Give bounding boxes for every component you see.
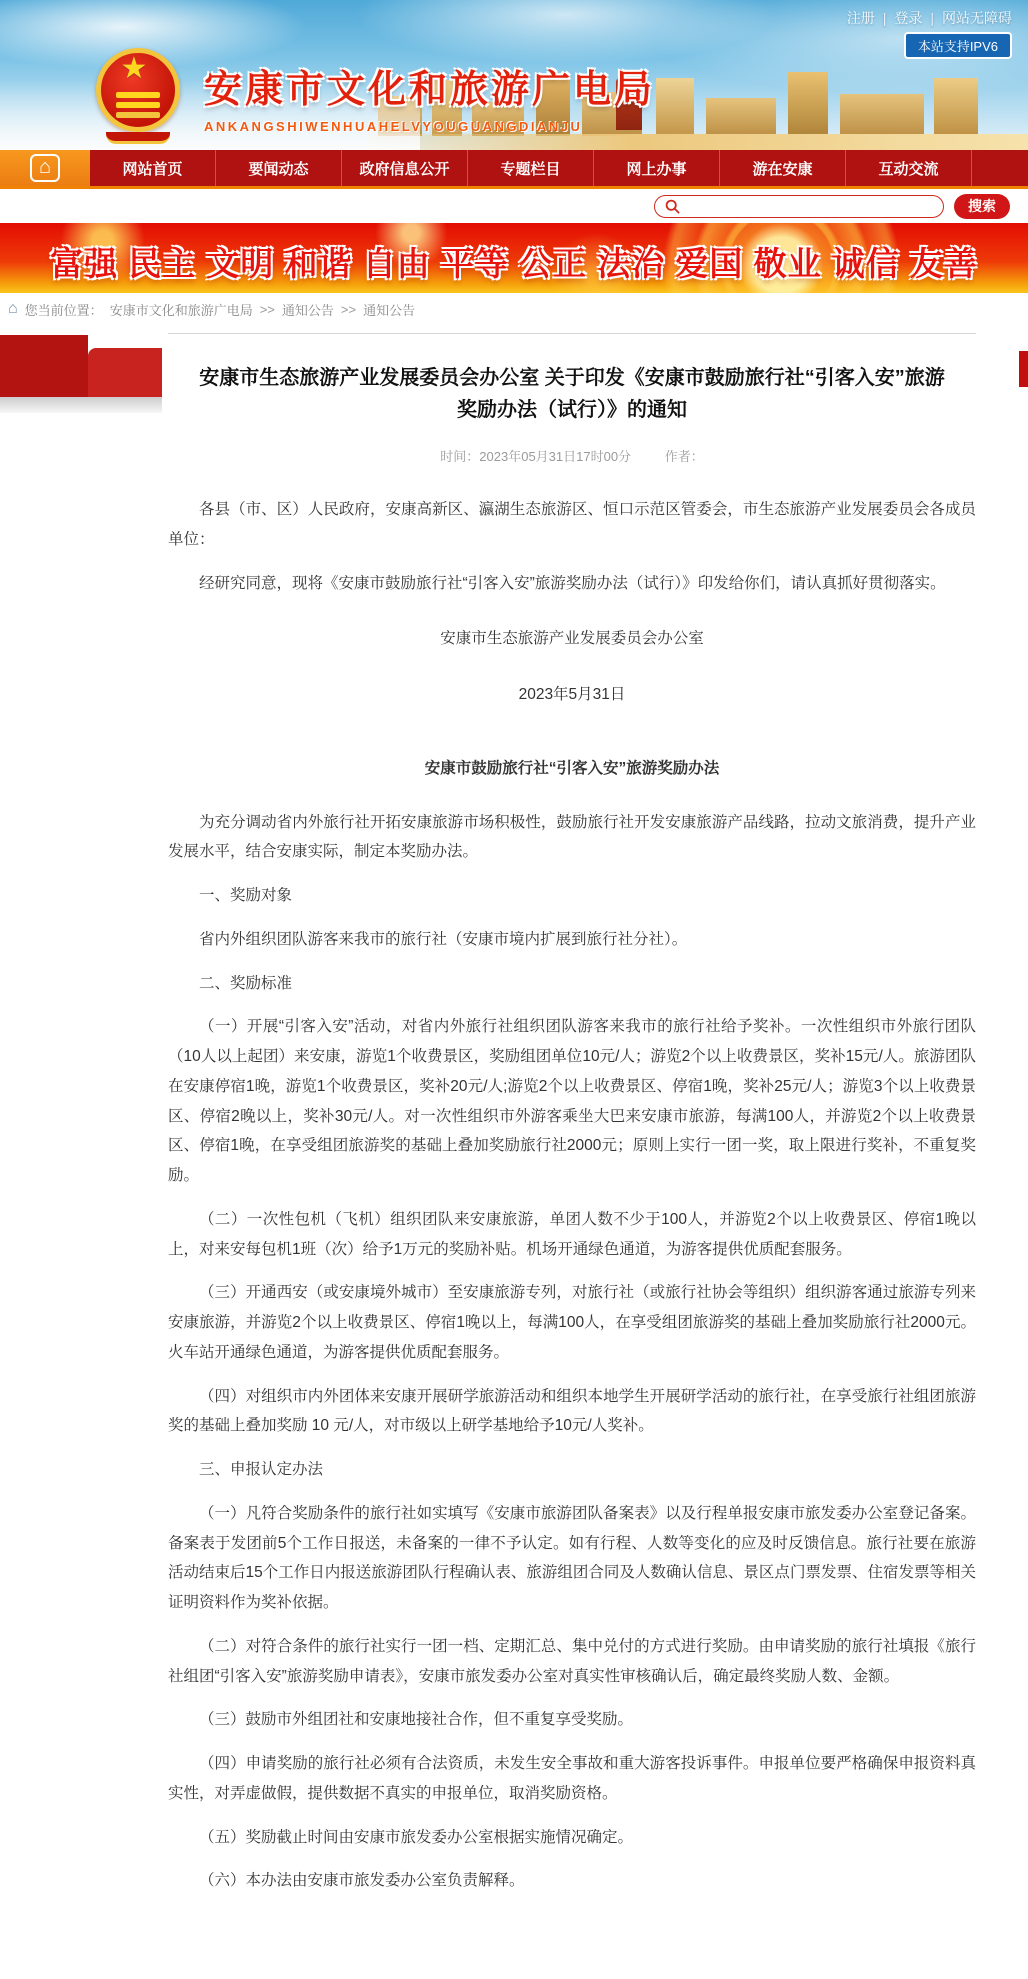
register-link[interactable]: 注册 — [847, 8, 875, 28]
site-brand: ★ 安康市文化和旅游广电局 ANKANGSHIWENHUAHELVYOUGUAN… — [92, 48, 655, 144]
topbar: 注册 | 登录 | 网站无障碍 — [847, 8, 1012, 28]
author-label: 作者： — [665, 449, 704, 464]
nav-item-online-services[interactable]: 网上办事 — [594, 150, 720, 186]
page: 注册 | 登录 | 网站无障碍 本站支持IPV6 ★ 安康市文化和旅游广电局 A… — [0, 0, 1028, 1958]
topbar-separator: | — [930, 10, 934, 26]
breadcrumb-item-bureau[interactable]: 安康市文化和旅游广电局 — [110, 300, 253, 319]
search-button[interactable]: 搜索 — [954, 194, 1010, 219]
nav-item-special-topics[interactable]: 专题栏目 — [468, 150, 594, 186]
paragraph: （四）申请奖励的旅行社必须有合法资质，未发生安全事故和重大游客投诉事件。申报单位… — [168, 1749, 976, 1809]
main-navigation: ⌂ 网站首页 要闻动态 政府信息公开 专题栏目 网上办事 游在安康 互动交流 — [0, 150, 1028, 189]
breadcrumb-home-icon: ⌂ — [8, 301, 18, 317]
emblem-star-icon: ★ — [92, 54, 176, 84]
paragraph: （六）本办法由安康市旅发委办公室负责解释。 — [168, 1866, 976, 1896]
measures-title: 安康市鼓励旅行社“引客入安”旅游奖励办法 — [168, 754, 976, 784]
article-meta: 时间：2023年05月31日17时00分 作者： — [168, 446, 976, 465]
search-box — [654, 195, 944, 218]
nav-item-news[interactable]: 要闻动态 — [216, 150, 342, 186]
core-values-banner-image: 富强 民主 文明 和谐 自由 平等 公正 法治 爱国 敬业 诚信 友善 — [0, 223, 1028, 293]
emblem-gate-icon — [116, 92, 160, 98]
paragraph: 各县（市、区）人民政府，安康高新区、瀛湖生态旅游区、恒口示范区管委会，市生态旅游… — [168, 495, 976, 555]
signature-office: 安康市生态旅游产业发展委员会办公室 — [168, 624, 976, 654]
article-body: 各县（市、区）人民政府，安康高新区、瀛湖生态旅游区、恒口示范区管委会，市生态旅游… — [168, 495, 976, 1896]
topbar-separator: | — [883, 10, 887, 26]
notice-article: 安康市生态旅游产业发展委员会办公室 关于印发《安康市鼓励旅行社“引客入安”旅游奖… — [168, 333, 976, 1896]
paragraph: （一）开展“引客入安”活动，对省内外旅行社组织团队游客来我市的旅行社给予奖补。一… — [168, 1012, 976, 1191]
paragraph: 经研究同意，现将《安康市鼓励旅行社“引客入安”旅游奖励办法（试行）》印发给你们，… — [168, 569, 976, 599]
paragraph: （一）凡符合奖励条件的旅行社如实填写《安康市旅游团队备案表》以及行程单报安康市旅… — [168, 1499, 976, 1618]
nav-home-button[interactable]: ⌂ — [0, 150, 90, 186]
signature-date: 2023年5月31日 — [168, 680, 976, 710]
nav-item-gov-info[interactable]: 政府信息公开 — [342, 150, 468, 186]
section-heading: 三、申报认定办法 — [168, 1455, 976, 1485]
section-heading: 一、奖励对象 — [168, 881, 976, 911]
breadcrumb-prefix: 您当前位置： — [25, 300, 103, 319]
home-icon: ⌂ — [30, 154, 60, 182]
ipv6-support-badge[interactable]: 本站支持IPV6 — [904, 32, 1012, 59]
site-header: 注册 | 登录 | 网站无障碍 本站支持IPV6 ★ 安康市文化和旅游广电局 A… — [0, 0, 1028, 150]
paragraph: 为充分调动省内外旅行社开拓安康旅游市场积极性，鼓励旅行社开发安康旅游产品线路，拉… — [168, 808, 976, 868]
paragraph: （三）开通西安（或安康境外城市）至安康旅游专列，对旅行社（或旅行社协会等组织）组… — [168, 1278, 976, 1367]
section-heading: 二、奖励标准 — [168, 969, 976, 999]
publish-time: 时间：2023年05月31日17时00分 — [440, 449, 631, 464]
site-title: 安康市文化和旅游广电局 — [204, 58, 655, 113]
search-bar-row: 搜索 — [0, 189, 1028, 223]
national-emblem-logo: ★ — [92, 48, 184, 144]
breadcrumb: ⌂ 您当前位置： 安康市文化和旅游广电局 >> 通知公告 >> 通知公告 — [0, 293, 1028, 325]
breadcrumb-item-notices-2[interactable]: 通知公告 — [363, 300, 415, 319]
breadcrumb-item-notices[interactable]: 通知公告 — [282, 300, 334, 319]
search-input[interactable] — [686, 199, 933, 214]
accessibility-link[interactable]: 网站无障碍 — [942, 8, 1012, 28]
nav-item-travel-in-ankang[interactable]: 游在安康 — [720, 150, 846, 186]
paragraph: （三）鼓励市外组团社和安康地接社合作，但不重复享受奖励。 — [168, 1705, 976, 1735]
paragraph: （二）对符合条件的旅行社实行一团一档、定期汇总、集中兑付的方式进行奖励。由申请奖… — [168, 1632, 976, 1692]
nav-item-homepage[interactable]: 网站首页 — [90, 150, 216, 186]
paragraph: （二）一次性包机（飞机）组织团队来安康旅游，单团人数不少于100人，并游览2个以… — [168, 1205, 976, 1265]
search-icon — [665, 199, 680, 214]
paragraph: （五）奖励截止时间由安康市旅发委办公室根据实施情况确定。 — [168, 1823, 976, 1853]
paragraph: 省内外组织团队游客来我市的旅行社（安康市境内扩展到旅行社分社）。 — [168, 925, 976, 955]
right-edge-float-fragment — [1019, 351, 1028, 387]
core-values-text: 富强 民主 文明 和谐 自由 平等 公正 法治 爱国 敬业 诚信 友善 — [0, 238, 1028, 285]
nav-item-interaction[interactable]: 互动交流 — [846, 150, 972, 186]
site-title-pinyin: ANKANGSHIWENHUAHELVYOUGUANGDIANJU — [204, 119, 655, 134]
content-area: 安康市生态旅游产业发展委员会办公室 关于印发《安康市鼓励旅行社“引客入安”旅游奖… — [0, 325, 1028, 1958]
nav-items: 网站首页 要闻动态 政府信息公开 专题栏目 网上办事 游在安康 互动交流 — [90, 150, 1028, 186]
login-link[interactable]: 登录 — [894, 8, 922, 28]
paragraph: （四）对组织市内外团体来安康开展研学旅游活动和组织本地学生开展研学活动的旅行社，… — [168, 1382, 976, 1442]
article-title: 安康市生态旅游产业发展委员会办公室 关于印发《安康市鼓励旅行社“引客入安”旅游奖… — [198, 362, 946, 426]
left-sidebar-fragment — [0, 335, 162, 413]
